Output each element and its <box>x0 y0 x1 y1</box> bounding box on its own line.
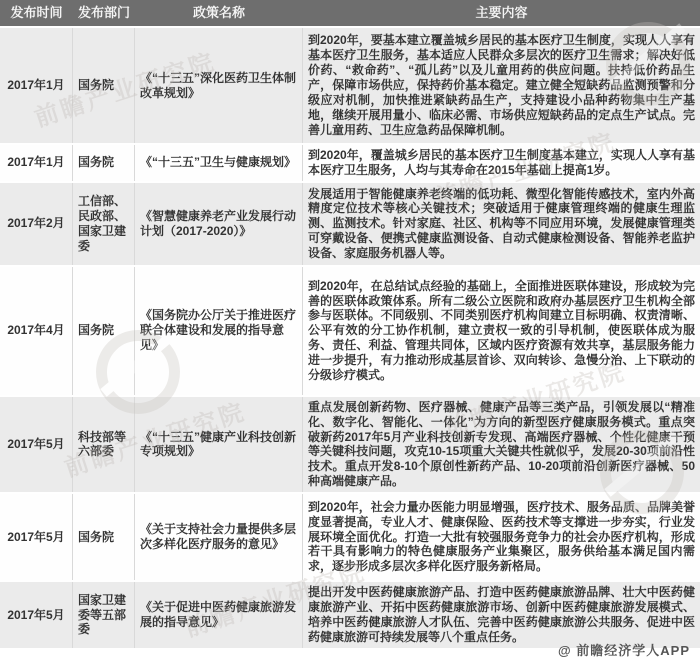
cell-date: 2017年5月 <box>0 397 73 492</box>
cell-content: 到2020年，社会力量办医能力明显增强，医疗技术、服务品质、品牌美誉度显著提高，… <box>303 494 700 580</box>
source-credit: @ 前瞻经济学人APP <box>558 640 690 659</box>
table-header-row: 发布时间 发布部门 政策名称 主要内容 <box>0 0 700 26</box>
cell-content: 发展适用于智能健康养老终端的低功耗、微型化智能传感技术，室内外高精度定位技术等核… <box>303 183 700 265</box>
cell-date: 2017年5月 <box>0 582 73 648</box>
cell-policy: 《“十三五”健康产业科技创新专项规划》 <box>135 397 303 492</box>
table-row: 2017年2月 工信部、民政部、国家卫建委 《智慧健康养老产业发展行动计划（20… <box>0 181 700 265</box>
cell-content: 到2020年，在总结试点经验的基础上，全面推进医联体建设，形成较为完善的医联体政… <box>303 267 700 395</box>
cell-policy: 《“十三五”深化医药卫生体制改革规划》 <box>135 28 303 143</box>
cell-dept: 科技部等六部委 <box>73 397 135 492</box>
cell-content: 提出开发中医药健康旅游产品、打造中医药健康旅游品牌、壮大中医药健康旅游产业、开拓… <box>303 582 700 648</box>
cell-policy: 《关于促进中医药健康旅游发展的指导意见》 <box>135 582 303 648</box>
cell-dept: 工信部、民政部、国家卫建委 <box>73 183 135 265</box>
table-row: 2017年1月 国务院 《“十三五”卫生与健康规划》 到2020年，覆盖城乡居民… <box>0 143 700 181</box>
cell-dept: 国务院 <box>73 28 135 143</box>
cell-content: 到2020年，覆盖城乡居民的基本医疗卫生制度基本建立，实现人人享有基本医疗卫生服… <box>303 145 700 181</box>
table-row: 2017年5月 科技部等六部委 《“十三五”健康产业科技创新专项规划》 重点发展… <box>0 395 700 492</box>
header-publish-dept: 发布部门 <box>73 5 135 21</box>
cell-dept: 国务院 <box>73 494 135 580</box>
cell-date: 2017年1月 <box>0 28 73 143</box>
table-row: 2017年5月 国务院 《关于支持社会力量提供多层次多样化医疗服务的意见》 到2… <box>0 492 700 580</box>
cell-dept: 国务院 <box>73 267 135 395</box>
table-row: 2017年1月 国务院 《“十三五”深化医药卫生体制改革规划》 到2020年，要… <box>0 26 700 143</box>
cell-date: 2017年4月 <box>0 267 73 395</box>
cell-content: 到2020年，要基本建立覆盖城乡居民的基本医疗卫生制度，实现人人享有基本医疗卫生… <box>303 28 700 143</box>
cell-date: 2017年2月 <box>0 183 73 265</box>
cell-policy: 《关于支持社会力量提供多层次多样化医疗服务的意见》 <box>135 494 303 580</box>
cell-dept: 国务院 <box>73 145 135 181</box>
table-row: 2017年5月 国家卫建委等五部委 《关于促进中医药健康旅游发展的指导意见》 提… <box>0 580 700 648</box>
cell-policy: 《国务院办公厅关于推进医疗联合体建设和发展的指导意见》 <box>135 267 303 395</box>
header-policy-name: 政策名称 <box>135 5 303 21</box>
cell-policy: 《“十三五”卫生与健康规划》 <box>135 145 303 181</box>
cell-content: 重点发展创新药物、医疗器械、健康产品等三类产品，引领发展以“精准化、数字化、智能… <box>303 397 700 492</box>
header-publish-date: 发布时间 <box>0 5 73 21</box>
cell-date: 2017年5月 <box>0 494 73 580</box>
policy-table: 发布时间 发布部门 政策名称 主要内容 2017年1月 国务院 《“十三五”深化… <box>0 0 700 648</box>
table-row: 2017年4月 国务院 《国务院办公厅关于推进医疗联合体建设和发展的指导意见》 … <box>0 265 700 395</box>
cell-date: 2017年1月 <box>0 145 73 181</box>
cell-dept: 国家卫建委等五部委 <box>73 582 135 648</box>
header-main-content: 主要内容 <box>303 5 700 21</box>
cell-policy: 《智慧健康养老产业发展行动计划（2017-2020）》 <box>135 183 303 265</box>
